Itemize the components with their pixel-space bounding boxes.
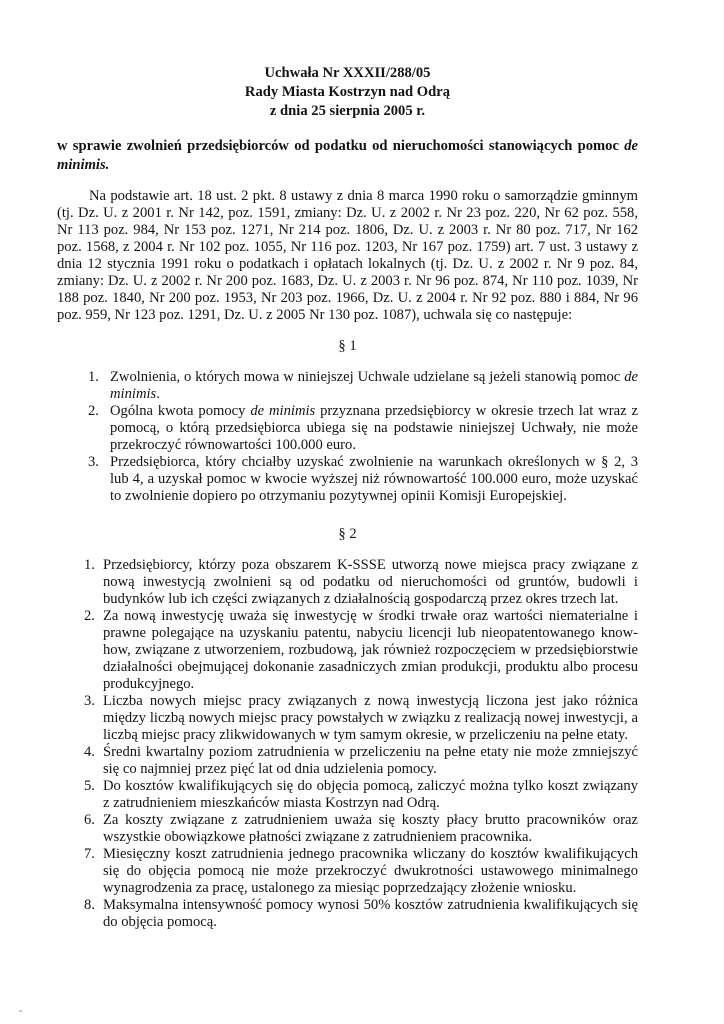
text-run: Do kosztów kwalifikujących się do objęci… [103,778,638,811]
item-number: 7. [84,846,103,863]
list-item: 4.Średni kwartalny poziom zatrudnienia w… [57,744,638,778]
text-run: Za nową inwestycję uważa się inwestycję … [103,608,638,692]
list-item: 2.Za nową inwestycję uważa się inwestycj… [57,608,638,693]
list-item: 5.Do kosztów kwalifikujących się do obję… [57,778,638,812]
item-text: Miesięczny koszt zatrudnienia jednego pr… [103,846,638,897]
list-item: 2.Ogólna kwota pomocy de minimis przyzna… [57,403,638,454]
item-text: Za koszty związane z zatrudnieniem uważa… [103,812,638,846]
text-run: Przedsiębiorca, który chciałby uzyskać z… [110,454,638,504]
item-number: 1. [88,369,110,386]
item-number: 6. [84,812,103,829]
list-item: 3.Przedsiębiorca, który chciałby uzyskać… [57,454,638,505]
item-text: Średni kwartalny poziom zatrudnienia w p… [103,744,638,778]
item-number: 4. [84,744,103,761]
item-text: Przedsiębiorcy, którzy poza obszarem K-S… [103,557,638,608]
text-run: . [156,386,160,402]
text-run: Ogólna kwota pomocy [110,403,250,419]
document-header: Uchwała Nr XXXII/288/05 Rady Miasta Kost… [57,64,638,121]
subject-heading: w sprawie zwolnień przedsiębiorców od po… [57,137,638,175]
text-run: Za koszty związane z zatrudnieniem uważa… [103,812,638,845]
text-run: Liczba nowych miejsc pracy związanych z … [103,693,638,743]
section-item-list: 1.Przedsiębiorcy, którzy poza obszarem K… [57,557,638,931]
item-text: Liczba nowych miejsc pracy związanych z … [103,693,638,744]
preamble-paragraph: Na podstawie art. 18 ust. 2 pkt. 8 ustaw… [57,188,638,324]
item-text: Do kosztów kwalifikujących się do objęci… [103,778,638,812]
item-number: 2. [84,608,103,625]
document-page: Uchwała Nr XXXII/288/05 Rady Miasta Kost… [0,0,724,1024]
text-run: w sprawie zwolnień przedsiębiorców od po… [57,138,624,154]
section-item-list: 1.Zwolnienia, o których mowa w niniejsze… [57,369,638,505]
resolution-number: Uchwała Nr XXXII/288/05 [57,64,638,83]
item-number: 1. [84,557,103,574]
item-text: Zwolnienia, o których mowa w niniejszej … [110,369,638,403]
list-item: 7.Miesięczny koszt zatrudnienia jednego … [57,846,638,897]
item-number: 5. [84,778,103,795]
sections-container: § 11.Zwolnienia, o których mowa w niniej… [57,338,638,931]
section-heading: § 1 [57,338,638,355]
item-number: 3. [84,693,103,710]
scan-artifact [19,1010,22,1012]
item-text: Za nową inwestycję uważa się inwestycję … [103,608,638,693]
list-item: 1.Zwolnienia, o których mowa w niniejsze… [57,369,638,403]
list-item: 3.Liczba nowych miejsc pracy związanych … [57,693,638,744]
item-text: Ogólna kwota pomocy de minimis przyznana… [110,403,638,454]
item-text: Przedsiębiorca, który chciałby uzyskać z… [110,454,638,505]
text-run: Średni kwartalny poziom zatrudnienia w p… [103,744,638,777]
text-run: Maksymalna intensywność pomocy wynosi 50… [103,897,638,930]
section-heading: § 2 [57,526,638,543]
item-number: 3. [88,454,110,471]
text-run: Przedsiębiorcy, którzy poza obszarem K-S… [103,557,638,607]
text-run: Miesięczny koszt zatrudnienia jednego pr… [103,846,638,896]
list-item: 6.Za koszty związane z zatrudnieniem uwa… [57,812,638,846]
list-item: 1.Przedsiębiorcy, którzy poza obszarem K… [57,557,638,608]
list-item: 8.Maksymalna intensywność pomocy wynosi … [57,897,638,931]
resolution-date: z dnia 25 sierpnia 2005 r. [57,102,638,121]
text-run: Zwolnienia, o których mowa w niniejszej … [110,369,624,385]
italic-text-run: de minimis [250,403,315,419]
item-text: Maksymalna intensywność pomocy wynosi 50… [103,897,638,931]
item-number: 2. [88,403,110,420]
item-number: 8. [84,897,103,914]
council-name: Rady Miasta Kostrzyn nad Odrą [57,83,638,102]
